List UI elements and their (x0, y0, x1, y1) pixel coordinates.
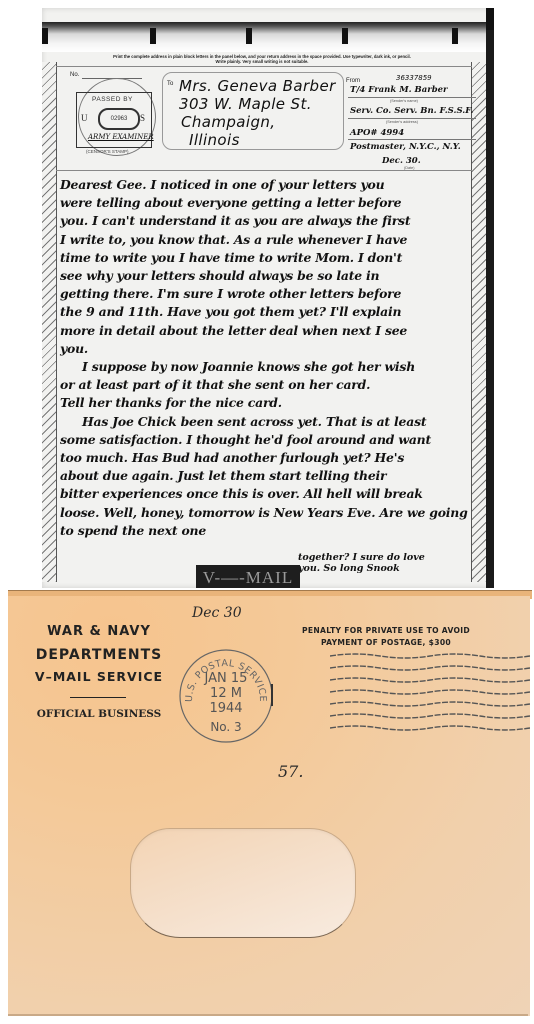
right-film-edge (486, 30, 494, 588)
recipient-name: Mrs. Geneva Barber (179, 77, 336, 95)
right-hatched-margin (471, 62, 486, 582)
letter-line: Has Joe Chick been sent across yet. That… (60, 413, 472, 431)
recipient-city: Champaign, (181, 113, 275, 131)
sender-address-rule (348, 118, 476, 119)
film-corner-mark (486, 8, 494, 30)
to-label: To (167, 81, 173, 87)
letter-line: were telling about everyone getting a le… (60, 194, 472, 212)
number-label: No. (70, 72, 79, 78)
closing-line: you. So long Snook (298, 563, 425, 574)
sender-name: T/4 Frank M. Barber (350, 85, 448, 95)
censor-stamp-caption: (CENSOR'S STAMP) (86, 149, 129, 154)
recipient-street: 303 W. Maple St. (179, 95, 312, 113)
envelope-title-line: DEPARTMENTS (24, 647, 174, 663)
letter-line: you. I can't understand it as you are al… (60, 212, 472, 230)
letter-date: Dec. 30. (382, 156, 421, 166)
letter-line: loose. Well, honey, tomorrow is New Year… (60, 504, 472, 522)
letter-line: more in detail about the letter deal whe… (60, 322, 472, 340)
letter-line: the 9 and 11th. Have you got them yet? I… (60, 303, 472, 321)
censor-letter-s: S (140, 113, 145, 123)
penalty-notice: PENALTY FOR PRIVATE USE TO AVOID PAYMENT… (286, 625, 486, 649)
letter-body: Dearest Gee. I noticed in one of your le… (60, 176, 472, 540)
envelope-bottom-edge (8, 1014, 528, 1016)
recipient-state: Illinois (189, 131, 240, 149)
handwritten-number: 57. (278, 762, 303, 781)
film-edge-strip (42, 22, 494, 52)
censor-passed-by: PASSED BY (92, 96, 133, 103)
postmark-station: No. 3 (178, 720, 274, 734)
letter-closing: together? I sure do love you. So long Sn… (298, 552, 425, 574)
handwritten-date: Dec 30 (192, 605, 242, 621)
letter-line: to spend the next one (60, 522, 472, 540)
body-divider (56, 170, 472, 171)
letter-line: or at least part of it that she sent on … (60, 376, 472, 394)
letter-line: see why your letters should always be so… (60, 267, 472, 285)
envelope-title-line: V–MAIL SERVICE (24, 669, 174, 684)
header-divider (56, 66, 472, 67)
closing-line: together? I sure do love (298, 552, 425, 563)
vmail-banner: V-—-MAIL (196, 565, 300, 588)
letter-line: I write to, you know that. As a rule whe… (60, 231, 472, 249)
postmark-time: 12 M (178, 687, 274, 701)
sender-serial-number: 36337859 (396, 74, 432, 82)
letter-line: about due again. Just let them start tel… (60, 467, 472, 485)
sender-address-caption: (Sender's address) (386, 120, 418, 124)
postmark-year: 1944 (178, 702, 274, 716)
letter-line: Tell her thanks for the nice card. (60, 394, 472, 412)
letter-line: I suppose by now Joannie knows she got h… (60, 358, 472, 376)
letter-line: some satisfaction. I thought he'd fool a… (60, 431, 472, 449)
censor-number: 02963 (98, 108, 140, 130)
sender-name-rule (348, 97, 476, 98)
official-business: OFFICIAL BUSINESS (24, 708, 174, 720)
letter-line: time to write you I have time to write M… (60, 249, 472, 267)
envelope-window (130, 828, 356, 938)
sender-name-caption: (Sender's name) (390, 99, 418, 103)
censor-letter-u: U (81, 113, 88, 123)
recipient-address-panel: To Mrs. Geneva Barber 303 W. Maple St. C… (162, 72, 344, 150)
postmark-date: JAN 15 (178, 672, 274, 686)
sender-address: Serv. Co. Serv. Bn. F.S.S.F. (350, 106, 473, 116)
sender-postmaster: Postmaster, N.Y.C., N.Y. (350, 142, 461, 152)
envelope-title-rule (70, 697, 126, 698)
vmail-letter: Print the complete address in plain bloc… (42, 8, 494, 588)
from-label: From (346, 78, 360, 84)
sender-apo: APO# 4994 (350, 128, 404, 138)
cancellation-lines (330, 648, 530, 738)
letter-line: Dearest Gee. I noticed in one of your le… (60, 176, 472, 194)
letter-line: getting there. I'm sure I wrote other le… (60, 285, 472, 303)
letter-line: too much. Has Bud had another furlough y… (60, 449, 472, 467)
censor-examiner: ARMY EXAMINER (88, 133, 154, 141)
letter-line: bitter experiences once this is over. Al… (60, 485, 472, 503)
form-instructions: Print the complete address in plain bloc… (112, 54, 412, 64)
letter-line: you. (60, 340, 472, 358)
envelope-title-line: WAR & NAVY (24, 624, 174, 639)
sender-apo-rule (348, 139, 476, 140)
penalty-line: PENALTY FOR PRIVATE USE TO AVOID (286, 625, 486, 637)
left-hatched-margin (42, 62, 57, 582)
